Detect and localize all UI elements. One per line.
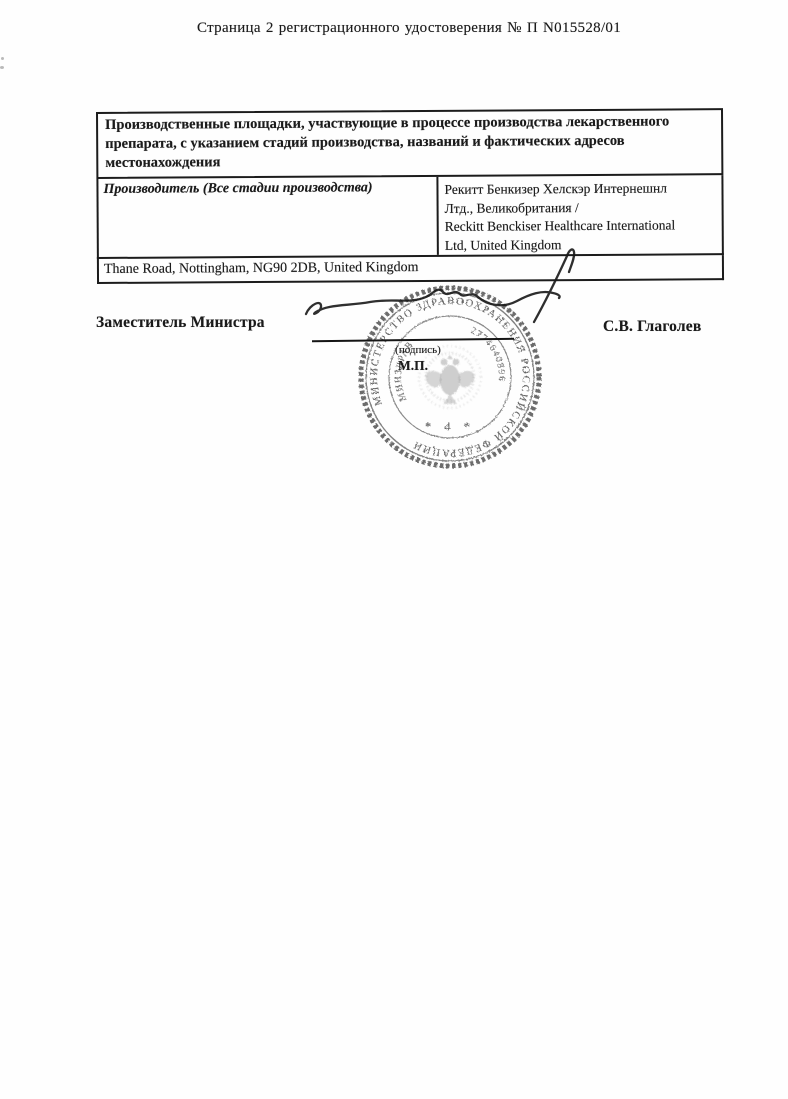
page-title: Страница 2 регистрационного удостоверени… bbox=[197, 20, 621, 37]
producer-name-ru-line2: Лтд., Великобритания / bbox=[445, 198, 718, 218]
scanned-certificate-page: Страница 2 регистрационного удостоверени… bbox=[0, 0, 788, 1099]
signature-caption: (подпись) bbox=[383, 344, 453, 356]
scan-speck bbox=[0, 66, 4, 69]
signer-title: Заместитель Министра bbox=[96, 314, 265, 332]
signature-flourish bbox=[306, 290, 560, 314]
signer-name: С.В. Глаголев bbox=[603, 318, 701, 336]
signature-upstroke bbox=[534, 249, 574, 322]
table-header-cell: Производственные площадки, участвующие в… bbox=[96, 108, 723, 179]
seal-place-mark: М.П. bbox=[398, 358, 428, 374]
producer-name-en-line1: Reckitt Benckiser Healthcare Internation… bbox=[445, 216, 718, 236]
scan-speck bbox=[1, 57, 4, 60]
stamp-bottom-text: * 4 * bbox=[425, 420, 475, 434]
producer-name-ru-line1: Рекитт Бенкизер Хелскэр Интернешнл bbox=[444, 179, 717, 199]
